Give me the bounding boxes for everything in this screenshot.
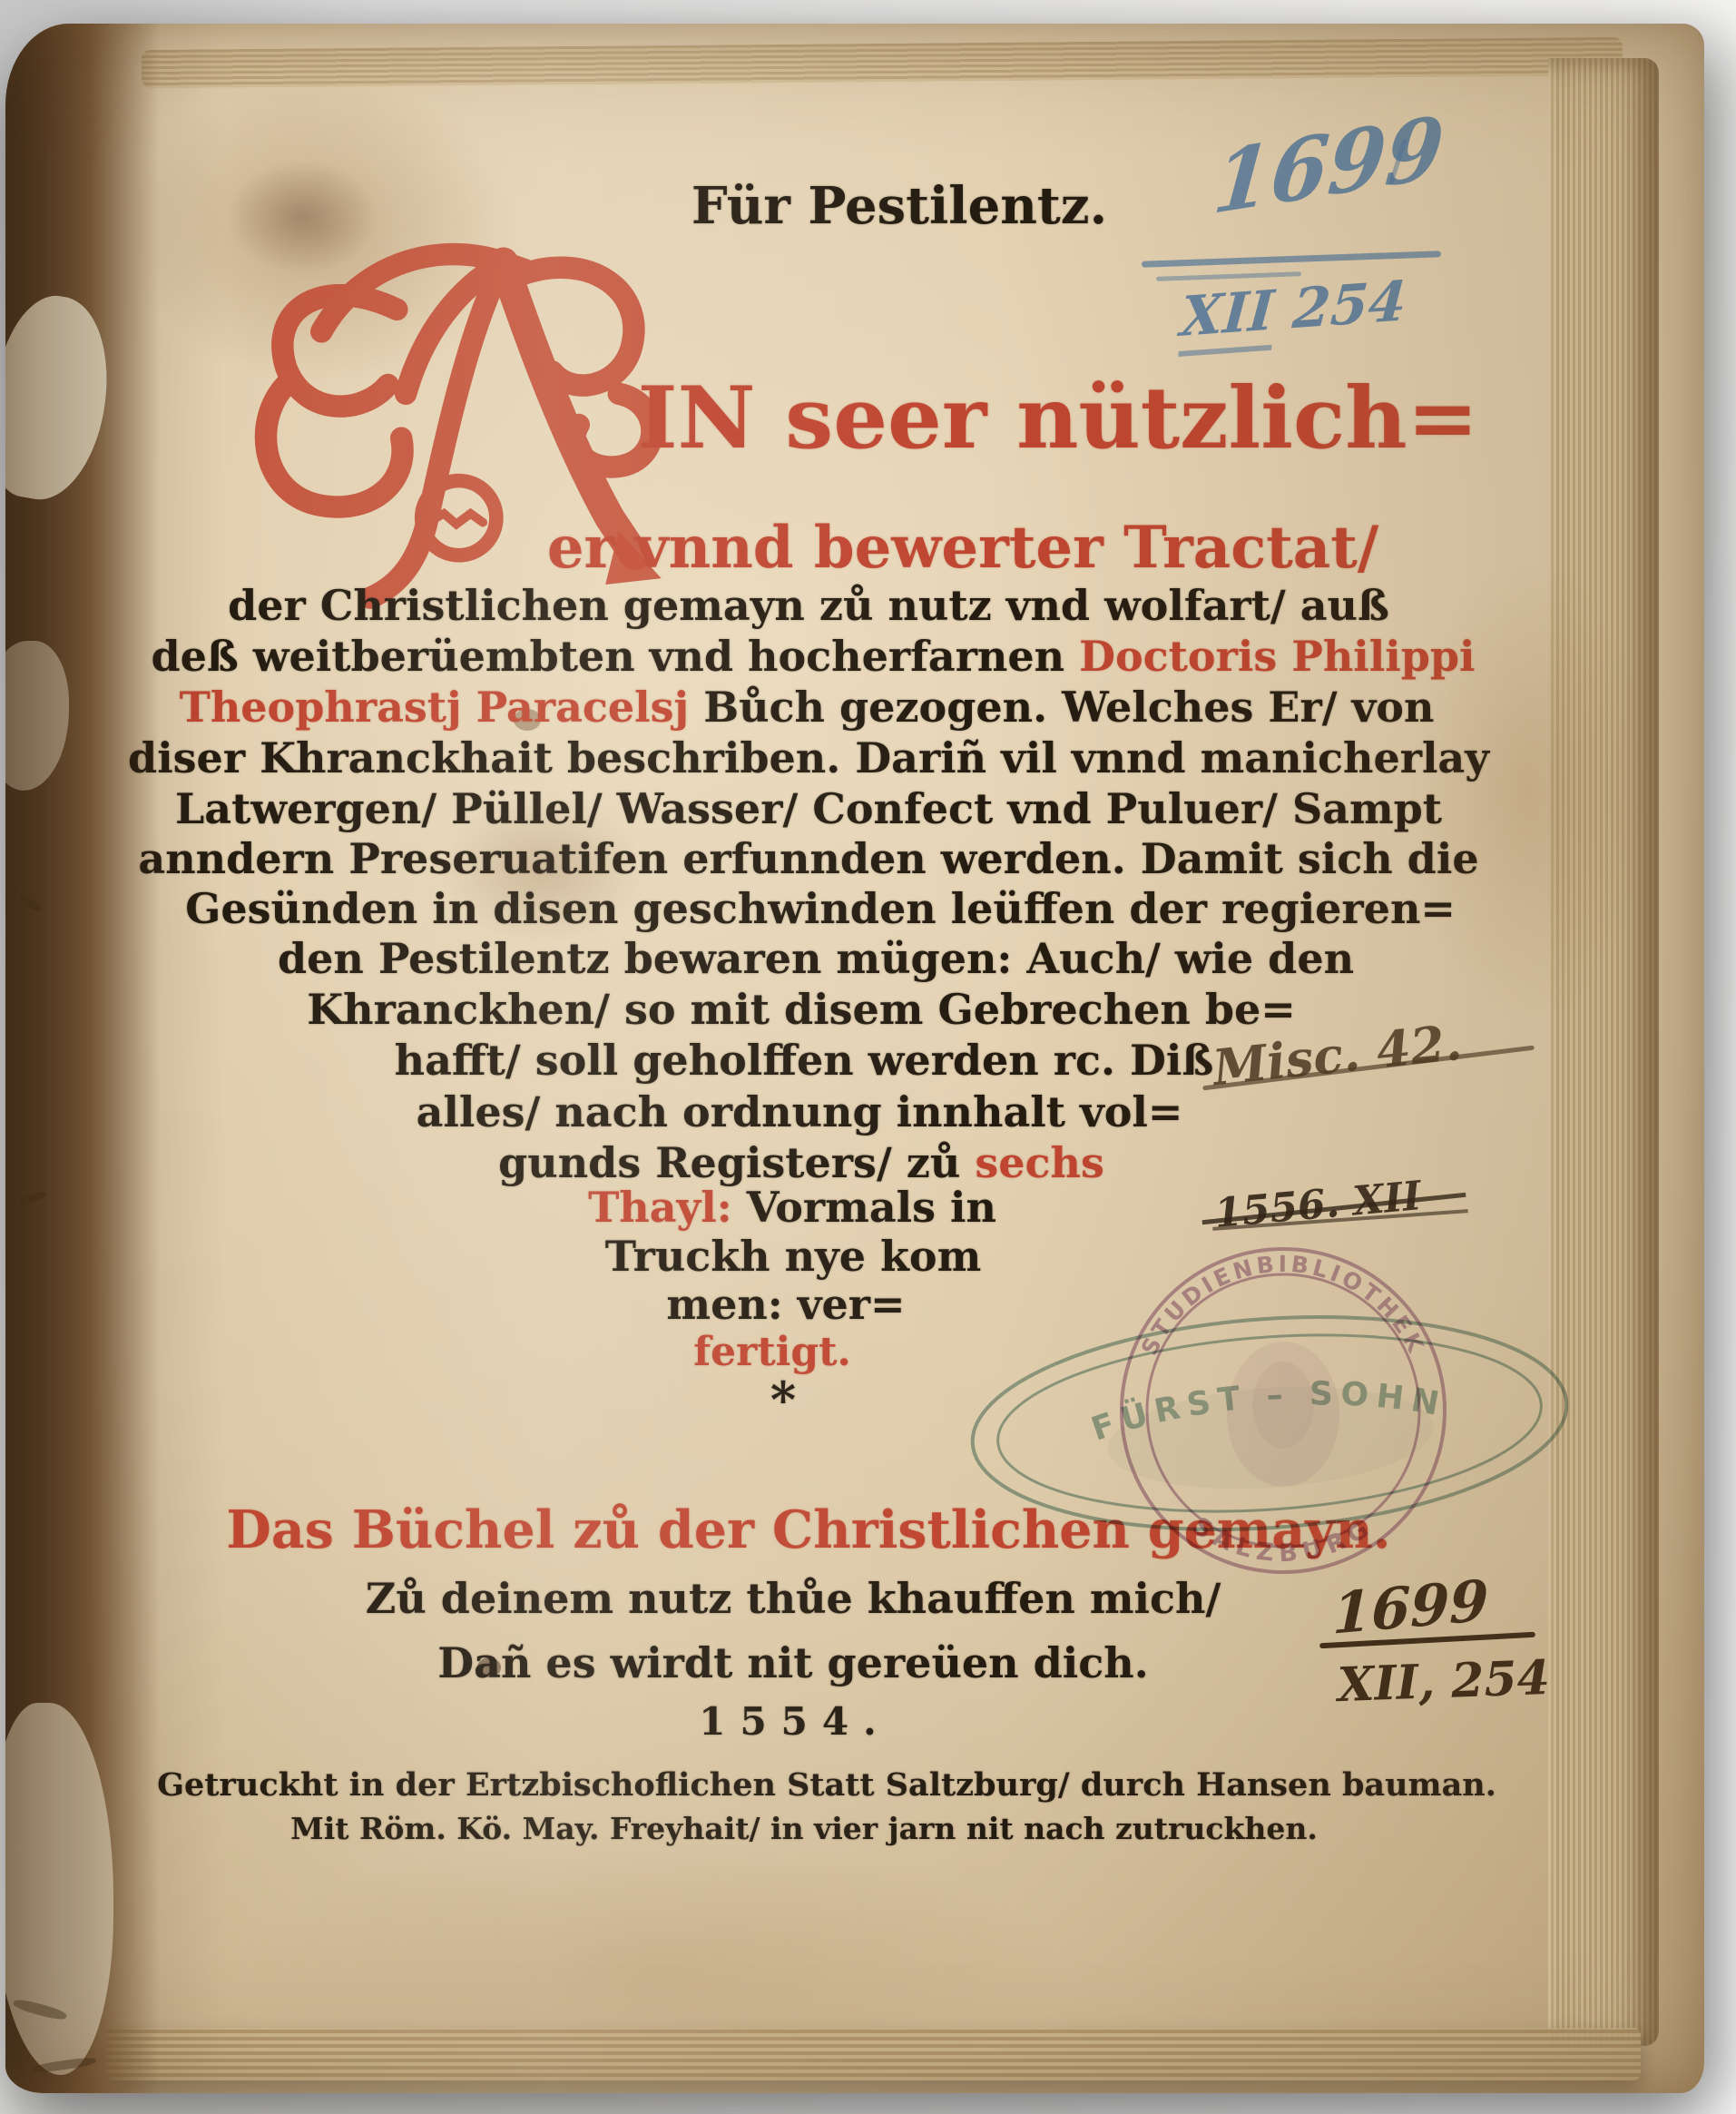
asterisk-mark: * bbox=[770, 1371, 796, 1429]
text-segment: gunds Registers/ zů bbox=[498, 1138, 975, 1187]
text-segment: der Christlichen gemayn zů nutz vnd wolf… bbox=[228, 581, 1389, 630]
title-line-5: Theophrastj Paracelsj Bůch gezogen. Welc… bbox=[180, 683, 1435, 732]
text-segment: Thayl: bbox=[588, 1183, 747, 1232]
title-line-4: deß weitberüembten vnd hocherfarnen Doct… bbox=[151, 632, 1475, 681]
title-line-2: er vnnd bewerter Tractat/ bbox=[547, 514, 1378, 582]
text-segment: Theophrastj Paracelsj bbox=[180, 683, 704, 732]
svg-text:SALZBURG: SALZBURG bbox=[1187, 1512, 1379, 1568]
shelfmark-volume: XII bbox=[1178, 279, 1276, 357]
text-segment: diser Khranckhait beschriben. Dariñ vil … bbox=[128, 733, 1489, 782]
title-line-18: fertigt. bbox=[693, 1329, 851, 1375]
title-line-16: Truckh nye kom bbox=[605, 1232, 982, 1281]
round-stamp-bottom-text: SALZBURG bbox=[1187, 1512, 1379, 1568]
shelfmark-number: 254 bbox=[1290, 270, 1408, 341]
library-stamp-round: STUDIENBIBLIOTHEK SALZBURG bbox=[1105, 1233, 1461, 1588]
title-line-9: Gesünden in disen geschwinden leüffen de… bbox=[185, 884, 1456, 933]
text-segment: hafft/ soll geholffen werden rc. Diß bbox=[395, 1036, 1214, 1085]
title-line-1: IN seer nützlich= bbox=[638, 369, 1479, 468]
title-line-10: den Pestilentz bewaren mügen: Auch/ wie … bbox=[278, 934, 1354, 983]
text-segment: Doctoris Philippi bbox=[1079, 632, 1475, 681]
title-line-17: men: ver= bbox=[666, 1280, 905, 1329]
text-segment: er vnnd bewerter Tractat/ bbox=[547, 514, 1378, 582]
publication-year: 1554. bbox=[699, 1699, 891, 1744]
text-segment: Khranckhen/ so mit disem Gebrechen be= bbox=[307, 985, 1296, 1034]
text-segment: sechs bbox=[975, 1138, 1104, 1187]
text-segment: Vormals in bbox=[747, 1183, 996, 1232]
annotation-bottom-shelfmark: XII, 254 bbox=[1337, 1650, 1551, 1713]
text-segment: alles/ nach ordnung innhalt vol= bbox=[417, 1087, 1183, 1136]
title-line-11: Khranckhen/ so mit disem Gebrechen be= bbox=[307, 985, 1296, 1034]
title-line-14: gunds Registers/ zů sechs bbox=[498, 1138, 1104, 1187]
imprint-line-1: Getruckht in der Ertzbischoflichen Statt… bbox=[157, 1766, 1496, 1804]
title-line-15: Thayl: Vormals in bbox=[588, 1183, 996, 1232]
title-line-7: Latwergen/ Püllel/ Wasser/ Confect vnd P… bbox=[175, 784, 1442, 833]
title-line-12: hafft/ soll geholffen werden rc. Diß bbox=[395, 1036, 1214, 1085]
imprint-line-2: Mit Röm. Kö. May. Freyhait/ in vier jarn… bbox=[290, 1811, 1318, 1846]
photograph-backdrop: Für Pestilentz. A bbox=[0, 0, 1736, 2114]
text-segment: men: ver= bbox=[666, 1280, 905, 1329]
verse-line-1: Zů deinem nutz thůe khauffen mich/ bbox=[366, 1574, 1221, 1623]
title-line-6: diser Khranckhait beschriben. Dariñ vil … bbox=[128, 733, 1489, 782]
text-segment: den Pestilentz bewaren mügen: Auch/ wie … bbox=[278, 934, 1354, 983]
book: Für Pestilentz. A bbox=[5, 24, 1704, 2093]
text-segment: IN seer nützlich= bbox=[638, 369, 1479, 468]
title-line-3: der Christlichen gemayn zů nutz vnd wolf… bbox=[228, 581, 1389, 630]
text-segment: Bůch gezogen. Welches Er/ von bbox=[703, 683, 1434, 732]
page-header: Für Pestilentz. bbox=[691, 176, 1107, 236]
title-line-13: alles/ nach ordnung innhalt vol= bbox=[417, 1087, 1183, 1136]
text-segment: * bbox=[770, 1371, 796, 1429]
text-segment: Gesünden in disen geschwinden leüffen de… bbox=[185, 884, 1456, 933]
verse-line-2: Dañ es wirdt nit gereüen dich. bbox=[437, 1638, 1148, 1687]
title-line-8: anndern Preseruatifen erfunnden werden. … bbox=[138, 834, 1478, 883]
text-segment: deß weitberüembten vnd hocherfarnen bbox=[151, 632, 1079, 681]
text-segment: Latwergen/ Püllel/ Wasser/ Confect vnd P… bbox=[175, 784, 1442, 833]
text-segment: anndern Preseruatifen erfunnden werden. … bbox=[138, 834, 1478, 883]
text-segment: Truckh nye kom bbox=[605, 1232, 982, 1281]
text-segment: fertigt. bbox=[693, 1329, 851, 1375]
